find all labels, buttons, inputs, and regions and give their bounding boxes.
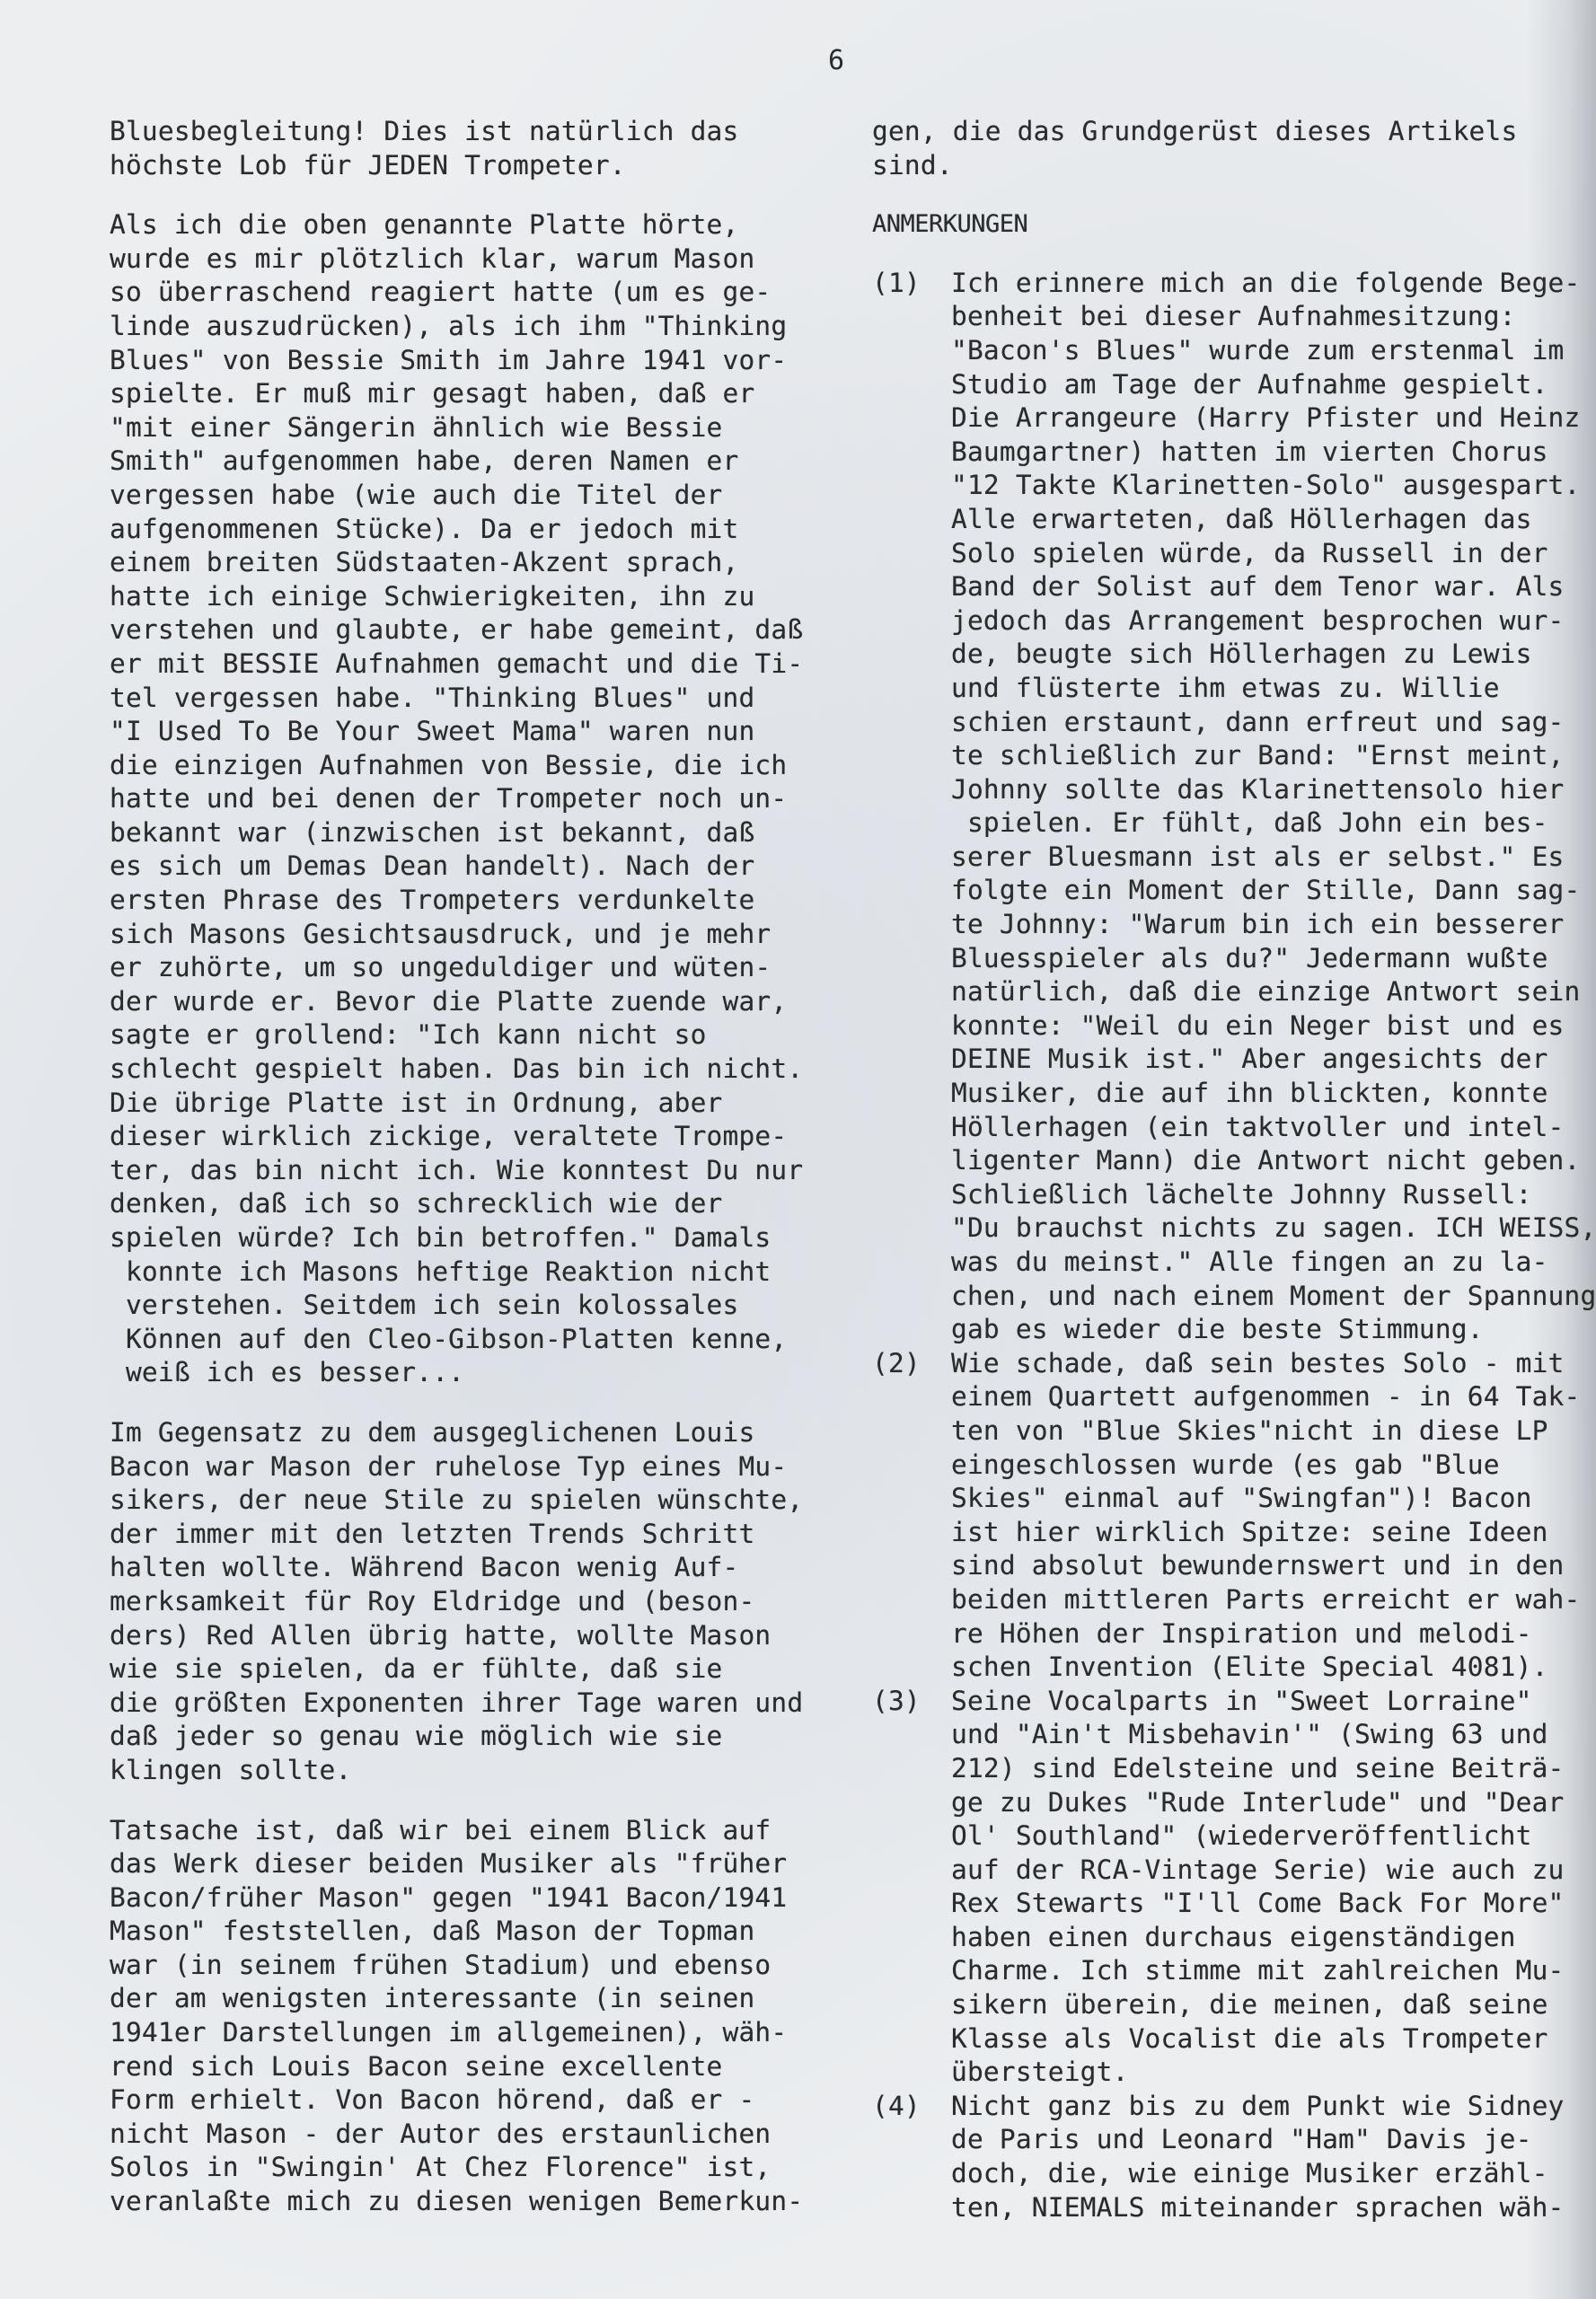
text-line: sagte er grollend: "Ich kann nicht so — [110, 1018, 846, 1053]
text-line: der immer mit den letzten Trends Schritt — [110, 1518, 846, 1552]
text-line: so überraschend reagiert hatte (um es ge… — [110, 276, 846, 310]
text-line: bekannt war (inzwischen ist bekannt, daß — [110, 816, 846, 850]
text-line: 212) sind Edelsteine und seine Beiträ- — [951, 1752, 1591, 1786]
text-line: ge zu Dukes "Rude Interlude" und "Dear — [951, 1786, 1591, 1820]
text-line: haben einen durchaus eigenständigen — [951, 1921, 1591, 1955]
text-line: Bluesbegleitung! Dies ist natürlich das — [110, 115, 846, 149]
text-line: 1941er Darstellungen im allgemeinen), wä… — [110, 2016, 846, 2050]
text-line: einem breiten Südstaaten-Akzent sprach, — [110, 546, 846, 580]
spacer — [872, 182, 1591, 207]
footnote-body: Nicht ganz bis zu dem Punkt wie Sidneyde… — [951, 2090, 1591, 2224]
text-line: sich Masons Gesichtsausdruck, und je meh… — [110, 918, 846, 952]
text-line: ten, NIEMALS miteinander sprachen wäh- — [951, 2191, 1591, 2225]
text-line: de, beugte sich Höllerhagen zu Lewis — [951, 638, 1591, 672]
text-line: Können auf den Cleo-Gibson-Platten kenne… — [110, 1323, 846, 1357]
text-line: "Bacon's Blues" wurde zum erstenmal im — [951, 334, 1591, 368]
footnote: (3)Seine Vocalparts in "Sweet Lorraine"u… — [872, 1685, 1591, 2090]
text-line: Smith" aufgenommen habe, deren Namen er — [110, 445, 846, 479]
text-line: jedoch das Arrangement besprochen wur- — [951, 604, 1591, 639]
text-line: wurde es mir plötzlich klar, warum Mason — [110, 242, 846, 277]
spacer — [110, 1788, 846, 1814]
text-line: ersten Phrase des Trompeters verdunkelte — [110, 884, 846, 918]
footnote-body: Wie schade, daß sein bestes Solo - mitei… — [951, 1347, 1591, 1685]
left-column: Bluesbegleitung! Dies ist natürlich dash… — [110, 115, 846, 2219]
text-line: Die Arrangeure (Harry Pfister und Heinz — [951, 401, 1591, 436]
page-number: 6 — [828, 45, 844, 77]
text-line: höchste Lob für JEDEN Trompeter. — [110, 149, 846, 183]
text-line: ter, das bin nicht ich. Wie konntest Du … — [110, 1154, 846, 1188]
footnote: (2)Wie schade, daß sein bestes Solo - mi… — [872, 1347, 1591, 1685]
text-line: Rex Stewarts "I'll Come Back For More" — [951, 1887, 1591, 1921]
paragraph: Im Gegensatz zu dem ausgeglichenen Louis… — [110, 1416, 846, 1788]
text-line: schlecht gespielt haben. Das bin ich nic… — [110, 1053, 846, 1087]
text-line: serer Bluesmann ist als er selbst." Es — [951, 841, 1591, 875]
text-line: Als ich die oben genannte Platte hörte, — [110, 208, 846, 242]
footnote-number: (4) — [872, 2090, 921, 2124]
text-line: der wurde er. Bevor die Platte zuende wa… — [110, 985, 846, 1019]
text-line: Studio am Tage der Aufnahme gespielt. — [951, 368, 1591, 402]
text-line: klingen sollte. — [110, 1754, 846, 1788]
footnote-number: (1) — [872, 267, 921, 301]
text-line: auf der RCA-Vintage Serie) wie auch zu — [951, 1854, 1591, 1888]
text-line: übersteigt. — [951, 2056, 1591, 2090]
text-line: Bacon war Mason der ruhelose Typ eines M… — [110, 1450, 846, 1484]
text-line: wie sie spielen, da er fühlte, daß sie — [110, 1652, 846, 1687]
text-line: die größten Exponenten ihrer Tage waren … — [110, 1687, 846, 1721]
text-line: sikern überein, die meinen, daß seine — [951, 1988, 1591, 2022]
text-line: merksamkeit für Roy Eldridge und (beson- — [110, 1585, 846, 1619]
text-line: chen, und nach einem Moment der Spannung… — [951, 1280, 1591, 1314]
text-line: Wie schade, daß sein bestes Solo - mit — [951, 1347, 1591, 1381]
right-intro: gen, die das Grundgerüst dieses Artikels… — [872, 115, 1591, 182]
footnote-number: (3) — [872, 1685, 921, 1719]
text-line: Ol' Southland" (wiederveröffentlicht — [951, 1819, 1591, 1854]
text-line: was du meinst." Alle fingen an zu la- — [951, 1246, 1591, 1280]
text-line: Skies" einmal auf "Swingfan")! Bacon — [951, 1482, 1591, 1516]
text-line: Bacon/früher Mason" gegen "1941 Bacon/19… — [110, 1881, 846, 1916]
text-line: gen, die das Grundgerüst dieses Artikels — [872, 115, 1591, 149]
text-line: sikers, der neue Stile zu spielen wünsch… — [110, 1484, 846, 1518]
text-line: ten von "Blue Skies"nicht in diese LP — [951, 1414, 1591, 1449]
text-line: Höllerhagen (ein taktvoller und intel- — [951, 1111, 1591, 1145]
text-line: denken, daß ich so schrecklich wie der — [110, 1187, 846, 1221]
text-line: sind. — [872, 149, 1591, 183]
text-line: einem Quartett aufgenommen - in 64 Tak- — [951, 1380, 1591, 1414]
text-line: Musiker, die auf ihn blickten, konnte — [951, 1077, 1591, 1111]
text-line: spielte. Er muß mir gesagt haben, daß er — [110, 377, 846, 411]
text-line: eingeschlossen wurde (es gab "Blue — [951, 1449, 1591, 1483]
text-line: doch, die, wie einige Musiker erzähl- — [951, 2157, 1591, 2191]
text-line: Klasse als Vocalist die als Trompeter — [951, 2022, 1591, 2057]
footnote: (4)Nicht ganz bis zu dem Punkt wie Sidne… — [872, 2090, 1591, 2224]
text-line: Die übrige Platte ist in Ordnung, aber — [110, 1087, 846, 1121]
text-line: Schließlich lächelte Johnny Russell: — [951, 1178, 1591, 1212]
text-line: und flüsterte ihm etwas zu. Willie — [951, 672, 1591, 706]
text-line: und "Ain't Misbehavin'" (Swing 63 und — [951, 1718, 1591, 1752]
text-line: te Johnny: "Warum bin ich ein besserer — [951, 908, 1591, 942]
text-line: Alle erwarteten, daß Höllerhagen das — [951, 503, 1591, 537]
text-line: der am wenigsten interessante (in seinen — [110, 1982, 846, 2016]
text-line: ligenter Mann) die Antwort nicht geben. — [951, 1144, 1591, 1178]
text-line: dieser wirklich zickige, veraltete Tromp… — [110, 1120, 846, 1154]
text-line: spielen würde? Ich bin betroffen." Damal… — [110, 1221, 846, 1255]
right-column: gen, die das Grundgerüst dieses Artikels… — [872, 115, 1591, 2224]
text-line: Charme. Ich stimme mit zahlreichen Mu- — [951, 1954, 1591, 1988]
text-line: Solos in "Swingin' At Chez Florence" ist… — [110, 2151, 846, 2185]
text-line: spielen. Er fühlt, daß John ein bes- — [951, 806, 1591, 841]
text-line: hatte ich einige Schwierigkeiten, ihn zu — [110, 580, 846, 614]
text-line: benheit bei dieser Aufnahmesitzung: — [951, 300, 1591, 334]
text-line: schen Invention (Elite Special 4081). — [951, 1651, 1591, 1685]
text-line: daß jeder so genau wie möglich wie sie — [110, 1720, 846, 1754]
text-line: folgte ein Moment der Stille, Dann sag- — [951, 874, 1591, 908]
text-line: de Paris und Leonard "Ham" Davis je- — [951, 2123, 1591, 2157]
paragraph: Tatsache ist, daß wir bei einem Blick au… — [110, 1814, 846, 2219]
text-line: sind absolut bewundernswert und in den — [951, 1549, 1591, 1583]
text-line: das Werk dieser beiden Musiker als "früh… — [110, 1847, 846, 1881]
text-line: schien erstaunt, dann erfreut und sag- — [951, 706, 1591, 740]
text-line: "12 Takte Klarinetten-Solo" ausgespart. — [951, 469, 1591, 503]
spacer — [110, 182, 846, 208]
text-line: ist hier wirklich Spitze: seine Ideen — [951, 1516, 1591, 1550]
text-line: nicht Mason - der Autor des erstaunliche… — [110, 2118, 846, 2152]
text-line: tel vergessen habe. "Thinking Blues" und — [110, 682, 846, 716]
text-line: DEINE Musik ist." Aber angesichts der — [951, 1043, 1591, 1077]
text-line: Ich erinnere mich an die folgende Bege- — [951, 267, 1591, 301]
text-line: beiden mittleren Parts erreicht er wah- — [951, 1583, 1591, 1617]
text-line: verstehen. Seitdem ich sein kolossales — [110, 1289, 846, 1323]
text-line: es sich um Demas Dean handelt). Nach der — [110, 850, 846, 884]
footnote: (1)Ich erinnere mich an die folgende Beg… — [872, 267, 1591, 1347]
text-line: rend sich Louis Bacon seine excellente — [110, 2050, 846, 2084]
paragraph: Bluesbegleitung! Dies ist natürlich dash… — [110, 115, 846, 182]
text-line: halten wollte. Während Bacon wenig Auf- — [110, 1551, 846, 1585]
notes-heading: ANMERKUNGEN — [872, 207, 1591, 242]
text-line: Solo spielen würde, da Russell in der — [951, 537, 1591, 571]
text-line: Im Gegensatz zu dem ausgeglichenen Louis — [110, 1416, 846, 1450]
text-line: Johnny sollte das Klarinettensolo hier — [951, 773, 1591, 807]
text-line: Baumgartner) hatten im vierten Chorus — [951, 436, 1591, 470]
text-line: weiß ich es besser... — [110, 1356, 846, 1390]
text-line: gab es wieder die beste Stimmung. — [951, 1313, 1591, 1347]
text-line: te schließlich zur Band: "Ernst meint, — [951, 739, 1591, 773]
text-line: Bluesspieler als du?" Jedermann wußte — [951, 942, 1591, 976]
text-line: veranlaßte mich zu diesen wenigen Bemerk… — [110, 2185, 846, 2219]
text-line: konnte ich Masons heftige Reaktion nicht — [110, 1255, 846, 1290]
text-line: er mit BESSIE Aufnahmen gemacht und die … — [110, 647, 846, 682]
spacer — [872, 242, 1591, 267]
text-line: die einzigen Aufnahmen von Bessie, die i… — [110, 749, 846, 783]
footnote-body: Ich erinnere mich an die folgende Bege-b… — [951, 267, 1591, 1347]
text-line: war (in seinem frühen Stadium) und ebens… — [110, 1949, 846, 1983]
text-line: Blues" von Bessie Smith im Jahre 1941 vo… — [110, 344, 846, 378]
text-line: er zuhörte, um so ungeduldiger und wüten… — [110, 951, 846, 985]
text-line: linde auszudrücken), als ich ihm "Thinki… — [110, 310, 846, 344]
text-line: Nicht ganz bis zu dem Punkt wie Sidney — [951, 2090, 1591, 2124]
footnote-body: Seine Vocalparts in "Sweet Lorraine"und … — [951, 1685, 1591, 2090]
text-line: ders) Red Allen übrig hatte, wollte Maso… — [110, 1619, 846, 1653]
text-line: konnte: "Weil du ein Neger bist und es — [951, 1009, 1591, 1044]
text-line: aufgenommenen Stücke). Da er jedoch mit — [110, 513, 846, 547]
text-line: Seine Vocalparts in "Sweet Lorraine" — [951, 1685, 1591, 1719]
text-line: "Du brauchst nichts zu sagen. ICH WEISS, — [951, 1211, 1591, 1246]
paragraph: Als ich die oben genannte Platte hörte,w… — [110, 208, 846, 1390]
text-line: re Höhen der Inspiration und melodi- — [951, 1617, 1591, 1652]
text-line: hatte und bei denen der Trompeter noch u… — [110, 782, 846, 816]
scanned-page: 6 Bluesbegleitung! Dies ist natürlich da… — [0, 0, 1596, 2299]
text-line: Mason" feststellen, daß Mason der Topman — [110, 1915, 846, 1949]
spacer — [110, 1390, 846, 1416]
footnote-number: (2) — [872, 1347, 921, 1381]
text-line: vergessen habe (wie auch die Titel der — [110, 479, 846, 513]
text-line: Form erhielt. Von Bacon hörend, daß er - — [110, 2083, 846, 2118]
text-line: Band der Solist auf dem Tenor war. Als — [951, 570, 1591, 604]
notes-list: (1)Ich erinnere mich an die folgende Beg… — [872, 267, 1591, 2224]
text-line: natürlich, daß die einzige Antwort sein — [951, 975, 1591, 1009]
text-line: "mit einer Sängerin ähnlich wie Bessie — [110, 411, 846, 445]
text-line: "I Used To Be Your Sweet Mama" waren nun — [110, 715, 846, 749]
text-line: Tatsache ist, daß wir bei einem Blick au… — [110, 1814, 846, 1848]
text-line: verstehen und glaubte, er habe gemeint, … — [110, 613, 846, 647]
